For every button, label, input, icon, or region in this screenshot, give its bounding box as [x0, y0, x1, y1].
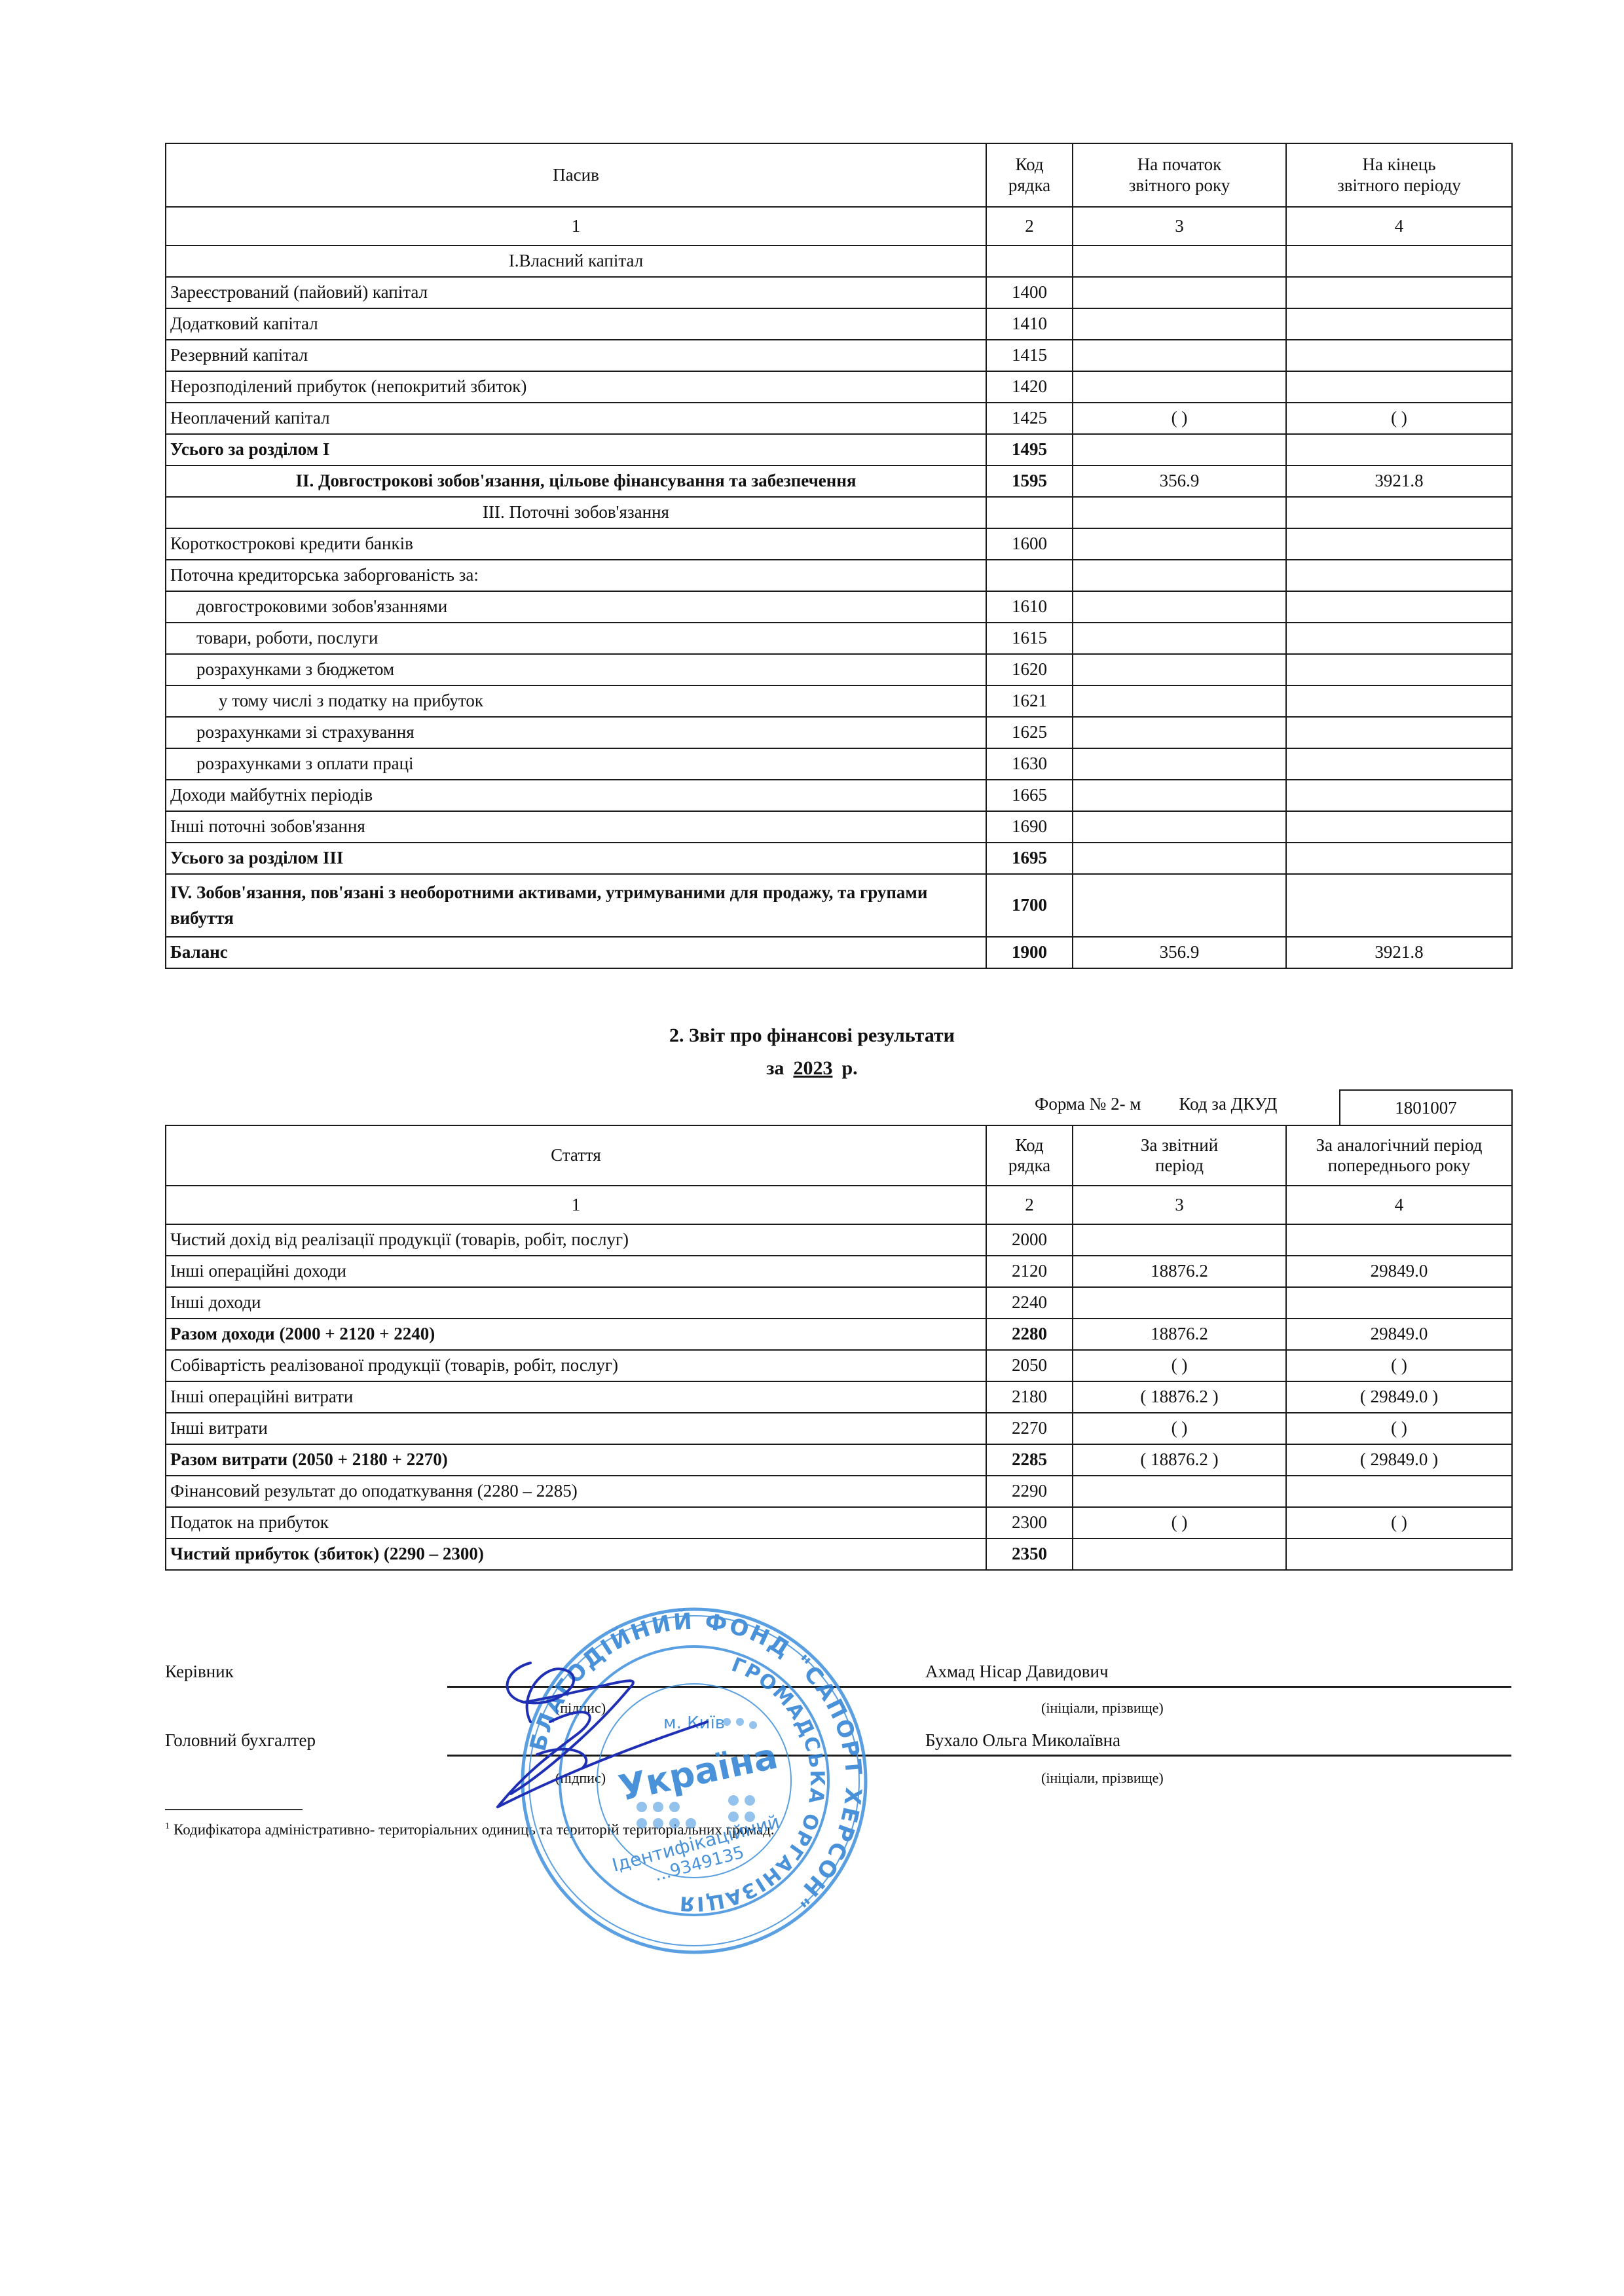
- value-end: [1286, 748, 1512, 780]
- row-code: 2285: [986, 1444, 1073, 1476]
- row-label: Фінансовий результат до оподаткування (2…: [166, 1476, 986, 1507]
- stamp-center-text: Україна: [615, 1736, 781, 1810]
- table-row: розрахунками з оплати праці1630: [166, 748, 1512, 780]
- row-code: 2050: [986, 1350, 1073, 1381]
- table-row: Інші доходи2240: [166, 1287, 1512, 1319]
- column-number-row: 1 2 3 4: [166, 1186, 1512, 1224]
- value-current: 18876.2: [1073, 1256, 1286, 1287]
- value-current: [1073, 1476, 1286, 1507]
- table-row: Зареєстрований (пайовий) капітал1400: [166, 277, 1512, 308]
- row-label: розрахунками з бюджетом: [166, 654, 986, 685]
- footnote-marker: 1: [165, 1821, 170, 1831]
- value-current: ( ): [1073, 1507, 1286, 1539]
- row-code: 1695: [986, 843, 1073, 874]
- row-code: 1495: [986, 434, 1073, 465]
- column-number: 1: [166, 207, 986, 246]
- accountant-role-label: Головний бухгалтер: [165, 1730, 316, 1751]
- header-row-code: Кодрядка: [986, 143, 1073, 207]
- director-name: Ахмад Нісар Давидович: [925, 1662, 1109, 1682]
- value-start: [1073, 780, 1286, 811]
- dkud-label: Код за ДКУД: [1179, 1094, 1277, 1114]
- income-statement-title: 2. Звіт про фінансові результати: [0, 1025, 1624, 1047]
- director-name-caption: (ініціали, прізвище): [1041, 1700, 1164, 1717]
- row-code: 2270: [986, 1413, 1073, 1444]
- value-start: 356.9: [1073, 465, 1286, 497]
- value-end: 3921.8: [1286, 937, 1512, 968]
- value-start: [1073, 528, 1286, 560]
- column-number: 2: [986, 207, 1073, 246]
- table-row: II. Довгострокові зобов'язання, цільове …: [166, 465, 1512, 497]
- table-row: товари, роботи, послуги1615: [166, 623, 1512, 654]
- table-row: Чистий прибуток (збиток) (2290 – 2300)23…: [166, 1539, 1512, 1570]
- row-code: 1595: [986, 465, 1073, 497]
- row-label: Чистий прибуток (збиток) (2290 – 2300): [166, 1539, 986, 1570]
- value-end: [1286, 277, 1512, 308]
- value-current: ( ): [1073, 1413, 1286, 1444]
- value-start: [1073, 843, 1286, 874]
- value-previous: ( ): [1286, 1507, 1512, 1539]
- value-end: [1286, 528, 1512, 560]
- header-liabilities: Пасив: [166, 143, 986, 207]
- table-row: Неоплачений капітал1425( )( ): [166, 403, 1512, 434]
- year-suffix: р.: [841, 1057, 857, 1079]
- table-row: Додатковий капітал1410: [166, 308, 1512, 340]
- row-label: розрахунками зі страхування: [166, 717, 986, 748]
- value-previous: [1286, 1476, 1512, 1507]
- value-previous: 29849.0: [1286, 1256, 1512, 1287]
- column-number: 1: [166, 1186, 986, 1224]
- value-start: [1073, 246, 1286, 277]
- director-role-label: Керівник: [165, 1662, 234, 1682]
- value-end: [1286, 811, 1512, 843]
- row-code: 1625: [986, 717, 1073, 748]
- value-end: [1286, 780, 1512, 811]
- table-row: Собівартість реалізованої продукції (тов…: [166, 1350, 1512, 1381]
- value-previous: [1286, 1224, 1512, 1256]
- header-end-of-period: На кінецьзвітного періоду: [1286, 143, 1512, 207]
- row-label: Зареєстрований (пайовий) капітал: [166, 277, 986, 308]
- row-label: Поточна кредиторська заборгованість за:: [166, 560, 986, 591]
- row-code: 1420: [986, 371, 1073, 403]
- column-number: 4: [1286, 1186, 1512, 1224]
- table-row: Разом витрати (2050 + 2180 + 2270)2285( …: [166, 1444, 1512, 1476]
- table-row: Нерозподілений прибуток (непокритий збит…: [166, 371, 1512, 403]
- value-current: ( 18876.2 ): [1073, 1381, 1286, 1413]
- table-row: Усього за розділом III1695: [166, 843, 1512, 874]
- value-end: [1286, 434, 1512, 465]
- value-start: [1073, 654, 1286, 685]
- document-page: Пасив Кодрядка На початокзвітного року Н…: [0, 0, 1624, 2296]
- value-end: [1286, 843, 1512, 874]
- svg-text:ГРОМАДСЬКА ОРГАНІЗАЦІЯ: ГРОМАДСЬКА ОРГАНІЗАЦІЯ: [678, 1653, 828, 1915]
- table-row: Інші операційні витрати2180( 18876.2 )( …: [166, 1381, 1512, 1413]
- table-row: Доходи майбутніх періодів1665: [166, 780, 1512, 811]
- row-code: 1410: [986, 308, 1073, 340]
- director-signature-caption: (підпис): [555, 1700, 606, 1717]
- row-code: 2290: [986, 1476, 1073, 1507]
- row-code: [986, 497, 1073, 528]
- value-start: [1073, 874, 1286, 937]
- value-previous: ( ): [1286, 1350, 1512, 1381]
- value-end: [1286, 685, 1512, 717]
- row-label: Резервний капітал: [166, 340, 986, 371]
- table-row: розрахунками зі страхування1625: [166, 717, 1512, 748]
- value-start: [1073, 811, 1286, 843]
- row-label: Усього за розділом I: [166, 434, 986, 465]
- value-start: [1073, 685, 1286, 717]
- value-end: ( ): [1286, 403, 1512, 434]
- row-label: Доходи майбутніх періодів: [166, 780, 986, 811]
- row-label: Інші поточні зобов'язання: [166, 811, 986, 843]
- row-label: довгостроковими зобов'язаннями: [166, 591, 986, 623]
- value-end: [1286, 623, 1512, 654]
- report-year: 2023: [793, 1057, 832, 1079]
- header-start-of-year: На початокзвітного року: [1073, 143, 1286, 207]
- table-row: розрахунками з бюджетом1620: [166, 654, 1512, 685]
- row-label: Інші операційні доходи: [166, 1256, 986, 1287]
- row-code: 1425: [986, 403, 1073, 434]
- value-current: [1073, 1287, 1286, 1319]
- header-article: Стаття: [166, 1125, 986, 1186]
- table-row: IV. Зобов'язання, пов'язані з необоротни…: [166, 874, 1512, 937]
- row-code: 1621: [986, 685, 1073, 717]
- row-code: 1615: [986, 623, 1073, 654]
- row-label: Неоплачений капітал: [166, 403, 986, 434]
- row-label: II. Довгострокові зобов'язання, цільове …: [166, 465, 986, 497]
- row-code: 1415: [986, 340, 1073, 371]
- value-previous: 29849.0: [1286, 1319, 1512, 1350]
- value-end: [1286, 371, 1512, 403]
- table-row: Баланс1900356.93921.8: [166, 937, 1512, 968]
- value-end: 3921.8: [1286, 465, 1512, 497]
- value-previous: ( 29849.0 ): [1286, 1381, 1512, 1413]
- accountant-signature-line: [447, 1755, 1511, 1757]
- table-row: Фінансовий результат до оподаткування (2…: [166, 1476, 1512, 1507]
- row-code: 2350: [986, 1539, 1073, 1570]
- column-number: 4: [1286, 207, 1512, 246]
- row-code: 2120: [986, 1256, 1073, 1287]
- stamp-id-label: Ідентифікаційний: [610, 1811, 782, 1876]
- value-start: [1073, 371, 1286, 403]
- value-start: [1073, 308, 1286, 340]
- row-code: 1700: [986, 874, 1073, 937]
- row-code: 1620: [986, 654, 1073, 685]
- column-number: 2: [986, 1186, 1073, 1224]
- row-label: IV. Зобов'язання, пов'язані з необоротни…: [166, 874, 986, 937]
- table-row: Разом доходи (2000 + 2120 + 2240)2280188…: [166, 1319, 1512, 1350]
- row-code: 2240: [986, 1287, 1073, 1319]
- stamp-outer-text: БЛАГОДІЙНИЙ ФОНД "САПОРТ ХЕРСОН": [525, 1608, 867, 1914]
- header-previous-period: За аналогічний періодпопереднього року: [1286, 1125, 1512, 1186]
- table-row: III. Поточні зобов'язання: [166, 497, 1512, 528]
- row-label: Інші доходи: [166, 1287, 986, 1319]
- value-previous: [1286, 1287, 1512, 1319]
- column-number-row: 1 2 3 4: [166, 207, 1512, 246]
- stamp-inner-text: ГРОМАДСЬКА ОРГАНІЗАЦІЯ: [678, 1653, 828, 1915]
- income-statement-period: за2023р.: [0, 1057, 1624, 1080]
- value-start: [1073, 277, 1286, 308]
- value-end: [1286, 246, 1512, 277]
- row-label: розрахунками з оплати праці: [166, 748, 986, 780]
- row-label: I.Власний капітал: [166, 246, 986, 277]
- dkud-code-box: 1801007: [1339, 1089, 1513, 1125]
- balance-liabilities-table: Пасив Кодрядка На початокзвітного року Н…: [165, 143, 1513, 969]
- header-current-period: За звітнийперіод: [1073, 1125, 1286, 1186]
- year-prefix: за: [766, 1057, 784, 1079]
- row-label: у тому числі з податку на прибуток: [166, 685, 986, 717]
- value-start: [1073, 560, 1286, 591]
- value-current: [1073, 1224, 1286, 1256]
- income-statement-table: Стаття Кодрядка За звітнийперіод За анал…: [165, 1125, 1513, 1571]
- header-row-code: Кодрядка: [986, 1125, 1073, 1186]
- row-label: Усього за розділом III: [166, 843, 986, 874]
- row-label: Чистий дохід від реалізації продукції (т…: [166, 1224, 986, 1256]
- row-label: Короткострокові кредити банків: [166, 528, 986, 560]
- value-end: [1286, 497, 1512, 528]
- value-start: [1073, 497, 1286, 528]
- row-code: 1630: [986, 748, 1073, 780]
- value-previous: [1286, 1539, 1512, 1570]
- value-current: ( 18876.2 ): [1073, 1444, 1286, 1476]
- value-end: [1286, 717, 1512, 748]
- row-label: Нерозподілений прибуток (непокритий збит…: [166, 371, 986, 403]
- table-row: I.Власний капітал: [166, 246, 1512, 277]
- value-end: [1286, 874, 1512, 937]
- footnote: 1Кодифікатора адміністративно- територіа…: [165, 1821, 775, 1838]
- row-code: 1610: [986, 591, 1073, 623]
- value-current: ( ): [1073, 1350, 1286, 1381]
- svg-text:БЛАГОДІЙНИЙ ФОНД "САПОРТ ХЕРСО: БЛАГОДІЙНИЙ ФОНД "САПОРТ ХЕРСОН": [525, 1608, 867, 1914]
- row-label: Інші витрати: [166, 1413, 986, 1444]
- row-code: 1665: [986, 780, 1073, 811]
- table-row: Поточна кредиторська заборгованість за:: [166, 560, 1512, 591]
- row-code: [986, 560, 1073, 591]
- row-code: 2300: [986, 1507, 1073, 1539]
- row-label: Разом доходи (2000 + 2120 + 2240): [166, 1319, 986, 1350]
- value-start: ( ): [1073, 403, 1286, 434]
- value-start: [1073, 717, 1286, 748]
- table-row: Чистий дохід від реалізації продукції (т…: [166, 1224, 1512, 1256]
- table-row: Резервний капітал1415: [166, 340, 1512, 371]
- accountant-name-caption: (ініціали, прізвище): [1041, 1770, 1164, 1787]
- row-code: 1400: [986, 277, 1073, 308]
- value-end: [1286, 560, 1512, 591]
- row-code: 1600: [986, 528, 1073, 560]
- table-row: Усього за розділом I1495: [166, 434, 1512, 465]
- accountant-name: Бухало Ольга Миколаївна: [925, 1730, 1120, 1751]
- value-end: [1286, 340, 1512, 371]
- table-row: Інші операційні доходи212018876.229849.0: [166, 1256, 1512, 1287]
- value-start: [1073, 340, 1286, 371]
- table-row: у тому числі з податку на прибуток1621: [166, 685, 1512, 717]
- director-signature-line: [447, 1686, 1511, 1688]
- value-current: [1073, 1539, 1286, 1570]
- stamp-city: м. Київ: [663, 1713, 725, 1733]
- footnote-text: Кодифікатора адміністративно- територіал…: [174, 1821, 775, 1838]
- row-label: III. Поточні зобов'язання: [166, 497, 986, 528]
- footnote-divider: [165, 1809, 303, 1810]
- row-code: 1690: [986, 811, 1073, 843]
- value-previous: ( 29849.0 ): [1286, 1444, 1512, 1476]
- table-row: Інші витрати2270( )( ): [166, 1413, 1512, 1444]
- value-start: [1073, 591, 1286, 623]
- accountant-signature-caption: (підпис): [555, 1770, 606, 1787]
- form-number: Форма № 2- м: [1035, 1094, 1141, 1114]
- column-number: 3: [1073, 207, 1286, 246]
- stamp-id-code: ...9349135: [652, 1843, 747, 1886]
- value-end: [1286, 308, 1512, 340]
- row-code: 2280: [986, 1319, 1073, 1350]
- row-code: 2180: [986, 1381, 1073, 1413]
- row-label: Податок на прибуток: [166, 1507, 986, 1539]
- value-previous: ( ): [1286, 1413, 1512, 1444]
- row-code: 1900: [986, 937, 1073, 968]
- value-end: [1286, 654, 1512, 685]
- row-label: товари, роботи, послуги: [166, 623, 986, 654]
- row-label: Собівартість реалізованої продукції (тов…: [166, 1350, 986, 1381]
- value-current: 18876.2: [1073, 1319, 1286, 1350]
- table-header-row: Пасив Кодрядка На початокзвітного року Н…: [166, 143, 1512, 207]
- table-row: Податок на прибуток2300( )( ): [166, 1507, 1512, 1539]
- handwritten-signature-icon: [432, 1624, 799, 1833]
- value-start: [1073, 434, 1286, 465]
- value-start: 356.9: [1073, 937, 1286, 968]
- value-end: [1286, 591, 1512, 623]
- table-header-row: Стаття Кодрядка За звітнийперіод За анал…: [166, 1125, 1512, 1186]
- row-label: Додатковий капітал: [166, 308, 986, 340]
- value-start: [1073, 748, 1286, 780]
- row-code: 2000: [986, 1224, 1073, 1256]
- row-label: Баланс: [166, 937, 986, 968]
- table-row: довгостроковими зобов'язаннями1610: [166, 591, 1512, 623]
- value-start: [1073, 623, 1286, 654]
- table-row: Короткострокові кредити банків1600: [166, 528, 1512, 560]
- form-info: Форма № 2- мКод за ДКУД: [1035, 1094, 1277, 1114]
- row-code: [986, 246, 1073, 277]
- table-row: Інші поточні зобов'язання1690: [166, 811, 1512, 843]
- column-number: 3: [1073, 1186, 1286, 1224]
- row-label: Разом витрати (2050 + 2180 + 2270): [166, 1444, 986, 1476]
- row-label: Інші операційні витрати: [166, 1381, 986, 1413]
